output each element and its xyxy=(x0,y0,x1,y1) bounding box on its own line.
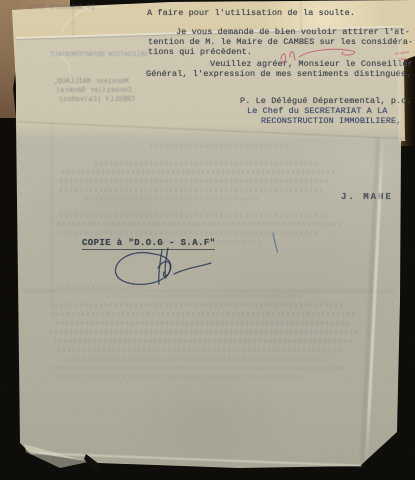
faint-showthrough-line xyxy=(58,375,303,379)
faint-showthrough-line xyxy=(52,312,357,316)
blue-pen-tick xyxy=(271,232,281,254)
signature-block-line: P. Le Délégué Départemental, p.o. xyxy=(240,96,412,106)
scanned-document-photo: 17 Novembre 1971 DELEGATION DEPARTEMENTA… xyxy=(0,0,415,480)
faint-showthrough-line xyxy=(108,294,303,298)
faint-showthrough-line xyxy=(52,366,344,370)
faint-showthrough-line xyxy=(62,170,337,174)
letter-para2-line: Général, l'expression de mes sentiments … xyxy=(146,69,411,79)
faint-showthrough-line xyxy=(50,330,360,334)
handwritten-signature xyxy=(108,244,218,294)
signature-block-line: RECONSTRUCTION IMMOBILIERE, xyxy=(261,116,401,126)
signature-block-line: Le Chef du SECRETARIAT A LA xyxy=(247,106,387,116)
signatory-name: J. MAHE xyxy=(341,192,393,202)
faint-showthrough-line xyxy=(56,321,351,325)
faint-showthrough-line xyxy=(60,213,328,217)
faint-showthrough-line xyxy=(85,197,260,201)
right-edge-curl xyxy=(398,30,401,142)
faint-showthrough-line xyxy=(58,348,343,352)
faint-showthrough-line xyxy=(150,144,290,148)
letter-para1-line: Je vous demande de bien vouloir attirer … xyxy=(176,27,410,37)
faint-showthrough-line xyxy=(58,222,341,226)
red-ink-annotation xyxy=(276,45,362,65)
faint-showthrough-line xyxy=(68,357,323,361)
faint-showthrough-line xyxy=(55,303,345,307)
faint-showthrough-line xyxy=(95,161,320,165)
letter-para1-line: tions qui précèdent. xyxy=(148,47,252,57)
letter-line-soulte: A faire pour l'utilisation de la soulte. xyxy=(147,8,355,18)
faint-showthrough-line xyxy=(60,179,330,183)
faint-showthrough-line xyxy=(54,339,354,343)
faint-showthrough-line xyxy=(60,188,322,192)
